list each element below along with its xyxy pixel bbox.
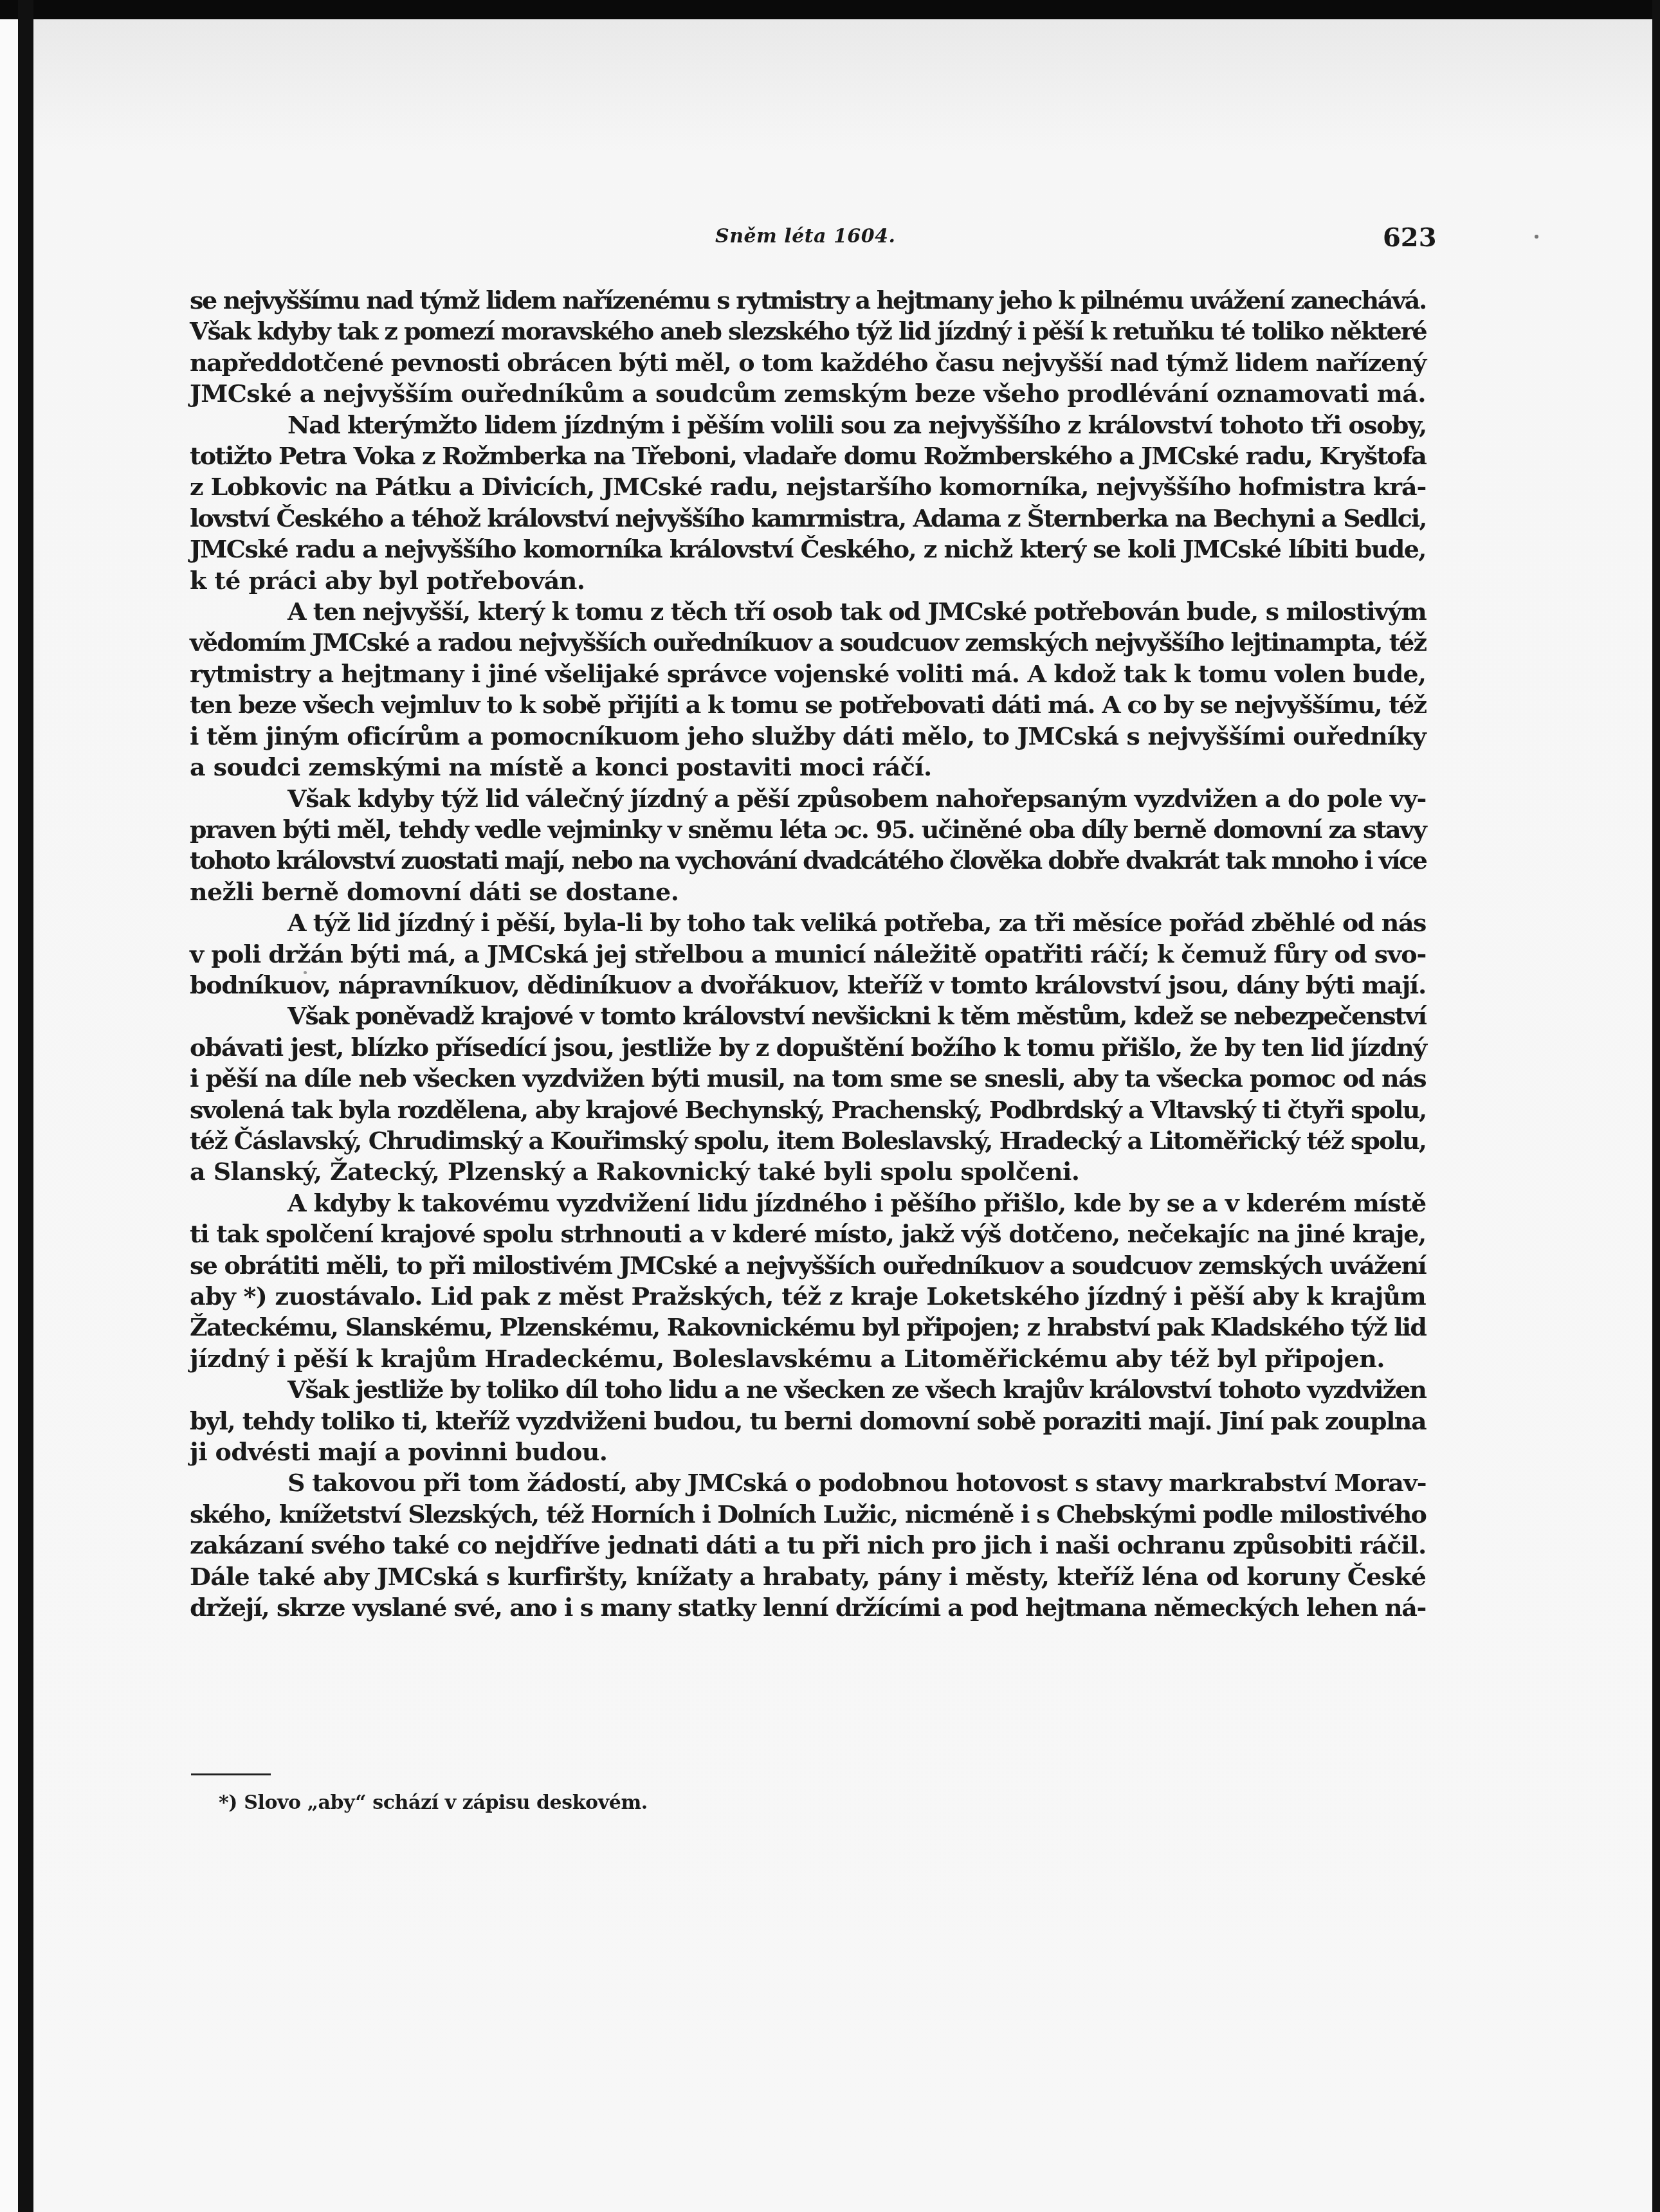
text-line: JMCské radu a nejvyššího komorníka králo… <box>190 534 1426 565</box>
text-line: vědomím JMCské a radou nejvyšších ouředn… <box>190 627 1426 658</box>
paragraph: Však kdyby týž lid válečný jízdný a pěší… <box>190 783 1426 908</box>
text-line: zakázaní svého také co nejdříve jednati … <box>190 1530 1426 1561</box>
text-line: se nejvyššímu nad týmž lidem nařízenému … <box>190 285 1426 316</box>
paragraph: se nejvyššímu nad týmž lidem nařízenému … <box>190 285 1426 410</box>
paragraph: Však poněvadž krajové v tomto království… <box>190 1001 1426 1187</box>
text-line: z Lobkovic na Pátku a Divicích, JMCské r… <box>190 471 1426 502</box>
text-line: Však kdyby tak z pomezí moravského aneb … <box>190 316 1426 347</box>
paragraph: A týž lid jízdný i pěší, byla-li by toho… <box>190 907 1426 1001</box>
text-line: aby *) zuostávalo. Lid pak z měst Pražsk… <box>190 1281 1426 1312</box>
text-line: a Slanský, Žatecký, Plzenský a Rakovnick… <box>190 1156 1426 1187</box>
paragraph: Nad kterýmžto lidem jízdným i pěším voli… <box>190 410 1426 596</box>
text-line: i těm jiným oficírům a pomocníkuom jeho … <box>190 721 1426 752</box>
scan-top-border <box>0 0 1660 19</box>
text-line: praven býti měl, tehdy vedle vejminky v … <box>190 814 1426 845</box>
running-head: Sněm léta 1604. 623 <box>0 225 1660 257</box>
scan-left-border <box>18 0 33 2212</box>
text-line: JMCské a nejvyšším ouředníkům a soudcům … <box>190 378 1426 409</box>
text-line: A kdyby k takovému vyzdvižení lidu jízdn… <box>190 1188 1426 1219</box>
scan-left-margin <box>0 19 18 2212</box>
footnote-divider <box>191 1773 271 1775</box>
text-line: ji odvésti mají a povinni budou. <box>190 1437 1426 1467</box>
text-line: ského, knížetství Slezských, též Horních… <box>190 1499 1426 1530</box>
text-line: totižto Petra Voka z Rožmberka na Třebon… <box>190 440 1426 471</box>
text-line: S takovou při tom žádostí, aby JMCská o … <box>190 1467 1426 1498</box>
text-line: Dále také aby JMCská s kurfiršty, knížat… <box>190 1561 1426 1592</box>
text-line: tohoto království zuostati mají, nebo na… <box>190 845 1426 876</box>
running-head-title: Sněm léta 1604. <box>715 225 895 248</box>
text-line: A týž lid jízdný i pěší, byla-li by toho… <box>190 907 1426 938</box>
text-line: Nad kterýmžto lidem jízdným i pěším voli… <box>190 410 1426 440</box>
text-line: obávati jest, blízko přísedící jsou, jes… <box>190 1032 1426 1063</box>
text-line: ten beze všech vejmluv to k sobě přijíti… <box>190 689 1426 720</box>
text-line: napředdotčené pevnosti obrácen býti měl,… <box>190 347 1426 378</box>
text-line: a soudci zemskými na místě a konci posta… <box>190 752 1426 783</box>
text-line: držejí, skrze vyslané své, ano i s many … <box>190 1592 1426 1623</box>
text-line: nežli berně domovní dáti se dostane. <box>190 876 1426 907</box>
text-line: lovství Českého a téhož království nejvy… <box>190 503 1426 534</box>
text-line: k té práci aby byl potřebován. <box>190 565 1426 596</box>
paragraph: Však jestliže by toliko díl toho lidu a … <box>190 1374 1426 1467</box>
text-line: byl, tehdy toliko ti, kteříž vyzdviženi … <box>190 1406 1426 1437</box>
footnote: *) Slovo „aby“ schází v zápisu deskovém. <box>219 1791 648 1814</box>
text-line: ti tak spolčení krajové spolu strhnouti … <box>190 1219 1426 1249</box>
scan-right-border <box>1652 0 1660 2212</box>
text-line: též Čáslavský, Chrudimský a Kouřimský sp… <box>190 1125 1426 1156</box>
page-number: 623 <box>1383 222 1437 253</box>
text-line: rytmistry a hejtmany i jiné všelijaké sp… <box>190 658 1426 689</box>
text-line: svolená tak byla rozdělena, aby krajové … <box>190 1094 1426 1125</box>
text-line: bodníkuov, nápravníkuov, dědiníkuov a dv… <box>190 970 1426 1001</box>
text-line: v poli držán býti má, a JMCská jej střel… <box>190 939 1426 970</box>
text-line: Žateckému, Slanskému, Plzenskému, Rakovn… <box>190 1312 1426 1343</box>
paragraph: A ten nejvyšší, který k tomu z těch tří … <box>190 596 1426 783</box>
text-line: Však poněvadž krajové v tomto království… <box>190 1001 1426 1031</box>
text-line: jízdný i pěší k krajům Hradeckému, Boles… <box>190 1343 1426 1374</box>
text-line: i pěší na díle neb všecken vyzdvižen být… <box>190 1063 1426 1094</box>
text-line: se obrátiti měli, to při milostivém JMCs… <box>190 1250 1426 1281</box>
body-text: se nejvyššímu nad týmž lidem nařízenému … <box>190 285 1426 1623</box>
text-line: Však jestliže by toliko díl toho lidu a … <box>190 1374 1426 1405</box>
paragraph: S takovou při tom žádostí, aby JMCská o … <box>190 1467 1426 1623</box>
paragraph: A kdyby k takovému vyzdvižení lidu jízdn… <box>190 1188 1426 1374</box>
text-line: A ten nejvyšší, který k tomu z těch tří … <box>190 596 1426 627</box>
text-line: Však kdyby týž lid válečný jízdný a pěší… <box>190 783 1426 814</box>
